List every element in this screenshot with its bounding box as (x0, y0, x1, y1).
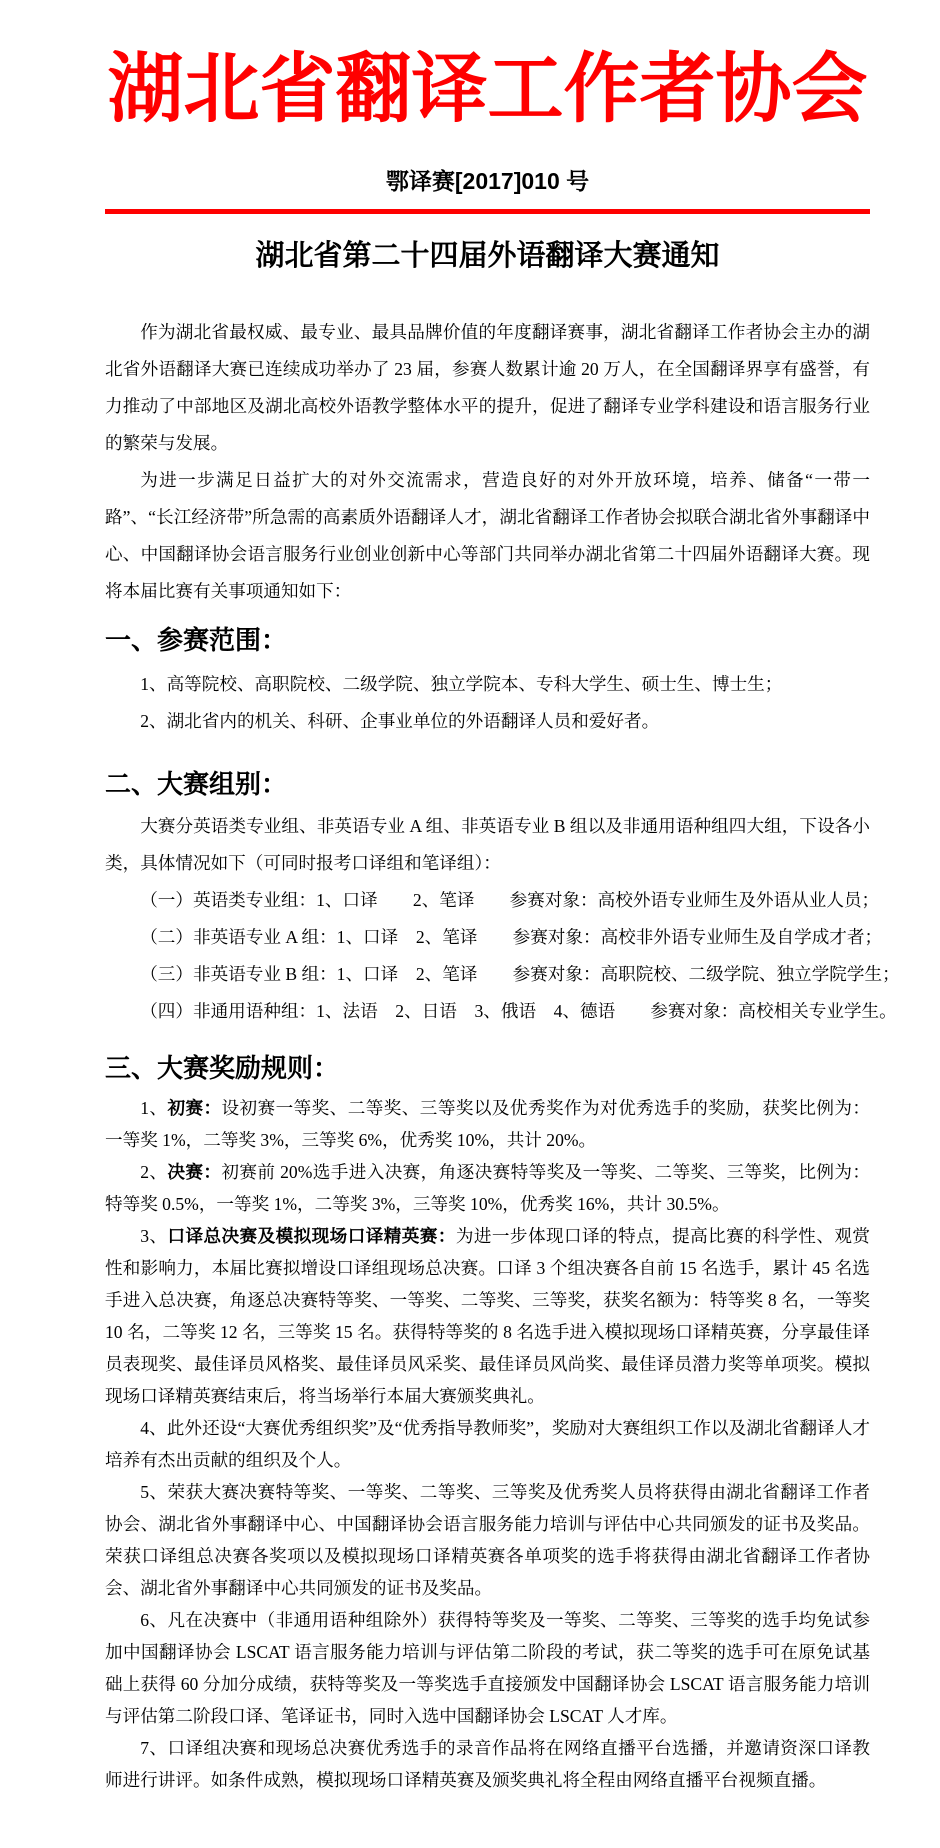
item-number: 3、 (140, 1226, 167, 1246)
item-text: 为进一步体现口译的特点，提高比赛的科学性、观赏性和影响力，本届比赛拟增设口译组现… (105, 1226, 870, 1406)
reward-list-item: 3、口译总决赛及模拟现场口译精英赛：为进一步体现口译的特点，提高比赛的科学性、观… (105, 1220, 870, 1412)
red-divider (105, 209, 870, 214)
item-text: 口译组决赛和现场总决赛优秀选手的录音作品将在网络直播平台选播，并邀请资深口译教师… (105, 1738, 870, 1790)
group-list-item: （四）非通用语种组：1、法语 2、日语 3、俄语 4、德语 参赛对象：高校相关专… (105, 993, 870, 1030)
item-number: 4、 (140, 1418, 167, 1438)
item-number: 1、 (140, 1098, 167, 1118)
organization-title: 湖北省翻译工作者协会 (105, 46, 870, 133)
reward-list-item: 2、决赛：初赛前 20%选手进入决赛，角逐决赛特等奖及一等奖、二等奖、三等奖，比… (105, 1156, 870, 1220)
document-page: 湖北省翻译工作者协会 鄂译赛[2017]010 号 湖北省第二十四届外语翻译大赛… (0, 0, 940, 1848)
document-content: 湖北省翻译工作者协会 鄂译赛[2017]010 号 湖北省第二十四届外语翻译大赛… (105, 46, 870, 1796)
document-title: 湖北省第二十四届外语翻译大赛通知 (105, 238, 870, 274)
section-heading-rewards: 三、大赛奖励规则： (105, 1052, 870, 1084)
item-label: 口译总决赛及模拟现场口译精英赛： (167, 1226, 455, 1246)
item-number: 6、 (140, 1610, 167, 1630)
item-number: 5、 (140, 1482, 167, 1502)
item-number: 7、 (140, 1738, 167, 1758)
item-label: 初赛： (167, 1098, 221, 1118)
group-list-item: （一）英语类专业组：1、口译 2、笔译 参赛对象：高校外语专业师生及外语从业人员… (105, 882, 870, 919)
reward-list-item: 7、口译组决赛和现场总决赛优秀选手的录音作品将在网络直播平台选播，并邀请资深口译… (105, 1732, 870, 1796)
group-list-item: （三）非英语专业 B 组：1、口译 2、笔译 参赛对象：高职院校、二级学院、独立… (105, 956, 870, 993)
reward-list-item: 1、初赛：设初赛一等奖、二等奖、三等奖以及优秀奖作为对优秀选手的奖励，获奖比例为… (105, 1092, 870, 1156)
intro-paragraph-2: 为进一步满足日益扩大的对外交流需求，营造良好的对外开放环境，培养、储备“一带一路… (105, 462, 870, 610)
item-label: 决赛： (167, 1162, 221, 1182)
document-number: 鄂译赛[2017]010 号 (105, 167, 870, 195)
scope-list-item: 2、湖北省内的机关、科研、企事业单位的外语翻译人员和爱好者。 (105, 703, 870, 740)
reward-list-item: 5、荣获大赛决赛特等奖、一等奖、二等奖、三等奖及优秀奖人员将获得由湖北省翻译工作… (105, 1476, 870, 1604)
intro-paragraph-1: 作为湖北省最权威、最专业、最具品牌价值的年度翻译赛事，湖北省翻译工作者协会主办的… (105, 314, 870, 462)
item-text: 此外还设“大赛优秀组织奖”及“优秀指导教师奖”，奖励对大赛组织工作以及湖北省翻译… (105, 1418, 870, 1470)
scope-list-item: 1、高等院校、高职院校、二级学院、独立学院本、专科大学生、硕士生、博士生； (105, 666, 870, 703)
reward-list-item: 6、凡在决赛中（非通用语种组除外）获得特等奖及一等奖、二等奖、三等奖的选手均免试… (105, 1604, 870, 1732)
reward-list-item: 4、此外还设“大赛优秀组织奖”及“优秀指导教师奖”，奖励对大赛组织工作以及湖北省… (105, 1412, 870, 1476)
item-number: 2、 (140, 1162, 167, 1182)
groups-intro-paragraph: 大赛分英语类专业组、非英语专业 A 组、非英语专业 B 组以及非通用语种组四大组… (105, 808, 870, 882)
item-text: 凡在决赛中（非通用语种组除外）获得特等奖及一等奖、二等奖、三等奖的选手均免试参加… (105, 1610, 870, 1726)
section-heading-groups: 二、大赛组别： (105, 768, 870, 800)
section-heading-scope: 一、参赛范围： (105, 624, 870, 656)
group-list-item: （二）非英语专业 A 组：1、口译 2、笔译 参赛对象：高校非外语专业师生及自学… (105, 919, 870, 956)
item-text: 荣获大赛决赛特等奖、一等奖、二等奖、三等奖及优秀奖人员将获得由湖北省翻译工作者协… (105, 1482, 870, 1598)
